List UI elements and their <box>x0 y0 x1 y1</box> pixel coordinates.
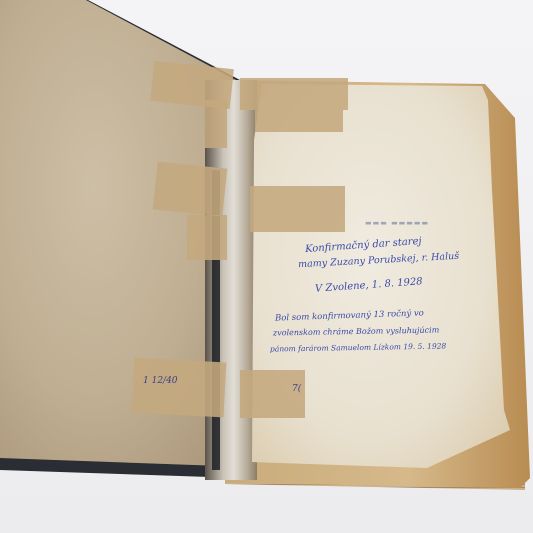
tape-strip <box>240 370 305 418</box>
tape-strip <box>205 100 227 148</box>
tape-label-left: 1 12/40 <box>143 376 178 386</box>
tape-strip <box>250 186 345 232</box>
tape-strip <box>187 215 227 260</box>
tape-strip <box>240 78 348 110</box>
tape-strip <box>132 358 227 418</box>
tape-label-right: 7( <box>292 384 301 394</box>
tape-strip <box>255 110 343 132</box>
faded-stamp: ▬▬▬ ▬▬▬▬▬ <box>365 219 429 227</box>
tape-strip <box>153 161 228 216</box>
